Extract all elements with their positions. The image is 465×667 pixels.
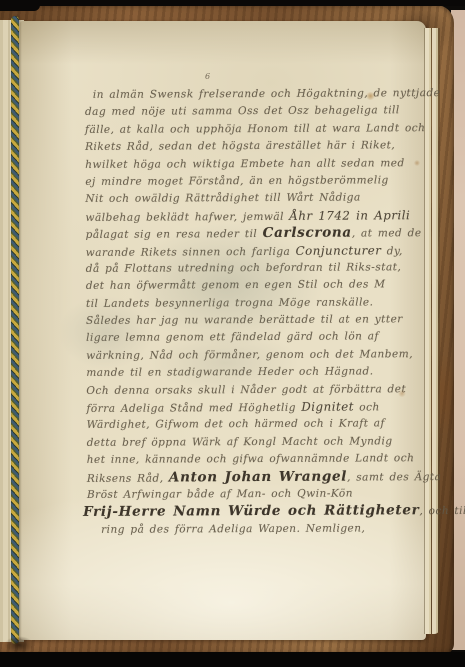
manuscript-line: Och denna orsaks skull i Nåder godt at f… bbox=[86, 381, 434, 400]
handwritten-text-segment: het inne, kännande och gifwa ofwannämnde… bbox=[87, 452, 415, 466]
handwritten-text-segment: dag med nöje uti samma Oss det Osz behag… bbox=[85, 105, 400, 119]
manuscript-line: Wärdighet, Gifwom det och härmed och i K… bbox=[87, 416, 435, 435]
manuscript-line: då på Flottans utredning och befordran t… bbox=[86, 259, 434, 278]
manuscript-line: Frij-Herre Namn Würde och Rättigheter, o… bbox=[83, 502, 435, 521]
manuscript-line: wälbehag beklädt hafwer, jemwäl Åhr 1742… bbox=[85, 207, 433, 226]
handwritten-text-segment: wälbehag beklädt hafwer, jemwäl bbox=[85, 211, 289, 224]
manuscript-line: Nit och owäldig Rättrådighet till Wårt N… bbox=[85, 189, 433, 208]
handwritten-text-segment: Wärdighet, Gifwom det och härmed och i K… bbox=[87, 418, 385, 432]
manuscript-line: Således har jag nu warande berättade til… bbox=[86, 311, 434, 330]
scanner-background-corner bbox=[0, 0, 40, 11]
bookmark-cord bbox=[11, 16, 19, 644]
handwritten-text-segment: ring på des förra Adeliga Wapen. Nemlige… bbox=[101, 522, 365, 535]
handwritten-text-segment: pålagat sig en resa neder til bbox=[86, 228, 263, 241]
manuscript-line: fälle, at kalla och upphöja Honom till a… bbox=[85, 120, 433, 139]
handwritten-text-segment: , samt des Ägta bbox=[347, 471, 441, 483]
handwritten-text-segment: Således har jag nu warande berättade til… bbox=[86, 313, 403, 327]
handwritten-text-segment: fälle, at kalla och upphöja Honom till a… bbox=[85, 122, 425, 136]
scanned-book-photo: 6 in almän Swensk frelserande och Högakt… bbox=[0, 0, 465, 667]
handwritten-text-segment: ej mindre moget Förstånd, än en högstber… bbox=[85, 174, 389, 188]
handwritten-text-segment: in almän Swensk frelserande och Högaktni… bbox=[93, 87, 441, 101]
handwritten-text-segment: Nit och owäldig Rättrådighet till Wårt N… bbox=[85, 192, 360, 205]
handwritten-text-segment: Åhr 1742 in Aprili bbox=[289, 208, 410, 223]
handwritten-text-segment: då på Flottans utredning och befordran t… bbox=[86, 261, 402, 275]
handwritten-text-segment: mande til en stadigwarande Heder och Häg… bbox=[86, 366, 373, 380]
manuscript-line: in almän Swensk frelserande och Högaktni… bbox=[93, 85, 433, 104]
manuscript-line: het inne, kännande och gifwa ofwannämnde… bbox=[87, 450, 435, 469]
manuscript-line: mande til en stadigwarande Heder och Häg… bbox=[86, 363, 434, 382]
manuscript-line: Bröst Arfwingar både af Man- och Qwin-Kö… bbox=[87, 485, 435, 504]
handwritten-text-segment: detta bref öppna Wärk af Kongl Macht och… bbox=[87, 435, 393, 449]
manuscript-line: dag med nöje uti samma Oss det Osz behag… bbox=[85, 102, 433, 121]
manuscript-line: förra Adeliga Stånd med Höghetlig Dignit… bbox=[86, 398, 434, 417]
handwritten-text-segment: warande Rikets sinnen och farliga bbox=[86, 245, 296, 258]
handwritten-text-segment: Rikets Råd, sedan det högsta ärestället … bbox=[85, 139, 395, 153]
handwritten-text-segment: och bbox=[354, 401, 380, 413]
handwritten-text-segment: Frij-Herre Namn Würde och Rättigheter bbox=[83, 503, 419, 521]
handwritten-text-segment: dy, bbox=[381, 245, 403, 257]
handwritten-text-segment: , och til förbätt, bbox=[419, 505, 465, 518]
manuscript-line: hwilket höga och wiktiga Embete han allt… bbox=[85, 155, 433, 174]
manuscript-text: in almän Swensk frelserande och Högaktni… bbox=[85, 85, 435, 539]
manuscript-line: warande Rikets sinnen och farliga Conjun… bbox=[86, 242, 434, 261]
manuscript-line: det han öfwermått genom en egen Stil och… bbox=[86, 276, 434, 295]
scanner-background-bottom bbox=[0, 652, 465, 667]
manuscript-line: til Landets besynnerliga trogna Möge ran… bbox=[86, 294, 434, 313]
handwritten-text-segment: Bröst Arfwingar både af Man- och Qwin-Kö… bbox=[87, 487, 353, 500]
handwritten-text-segment: Anton Johan Wrangel bbox=[169, 468, 347, 485]
manuscript-line: pålagat sig en resa neder til Carlscrona… bbox=[86, 224, 434, 243]
manuscript-line: Rikets Råd, sedan det högsta ärestället … bbox=[85, 137, 433, 156]
manuscript-line: ligare lemna genom ett fändelad gärd och… bbox=[86, 329, 434, 348]
handwritten-text-segment: til Landets besynnerliga trogna Möge ran… bbox=[86, 296, 374, 310]
manuscript-line: ej mindre moget Förstånd, än en högstber… bbox=[85, 172, 433, 191]
page-number-mark: 6 bbox=[205, 72, 210, 81]
handwritten-text-segment: förra Adeliga Stånd med Höghetlig bbox=[86, 402, 301, 415]
handwritten-text-segment: ligare lemna genom ett fändelad gärd och… bbox=[86, 331, 379, 345]
handwritten-text-segment: Riksens Råd, bbox=[87, 472, 169, 484]
handwritten-text-segment: hwilket höga och wiktiga Embete han allt… bbox=[85, 157, 405, 171]
scanner-background-top bbox=[0, 0, 465, 6]
handwritten-text-segment: wärkning, Nåd och förmåner, genom och de… bbox=[86, 348, 413, 362]
manuscript-line: ring på des förra Adeliga Wapen. Nemlige… bbox=[101, 520, 435, 539]
handwritten-text-segment: Carlscrona bbox=[263, 225, 352, 241]
manuscript-line: detta bref öppna Wärk af Kongl Macht och… bbox=[87, 433, 435, 452]
handwritten-text-segment: Conjuncturer bbox=[296, 243, 382, 257]
handwritten-text-segment: det han öfwermått genom en egen Stil och… bbox=[86, 279, 386, 293]
manuscript-line: wärkning, Nåd och förmåner, genom och de… bbox=[86, 346, 434, 365]
manuscript-line: Riksens Råd, Anton Johan Wrangel, samt d… bbox=[87, 468, 435, 487]
handwritten-text-segment: Och denna orsaks skull i Nåder godt at f… bbox=[86, 383, 406, 397]
handwritten-text-segment: , at med de bbox=[352, 227, 422, 239]
handwritten-text-segment: Dignitet bbox=[301, 400, 354, 414]
